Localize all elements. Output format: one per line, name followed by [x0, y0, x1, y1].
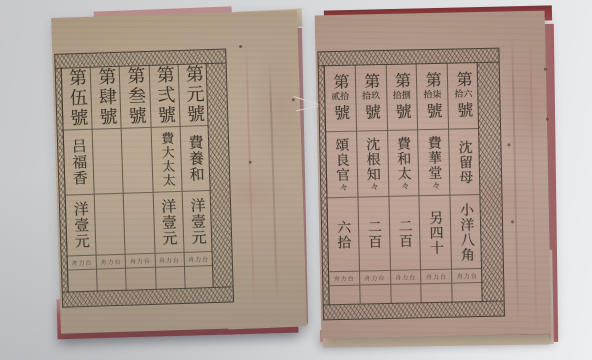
- paper-stain-dot: [511, 220, 514, 223]
- number-text: 第: [331, 73, 350, 91]
- photo-background: 第元號 費養和 洋壹元 舟力台 第弍號: [0, 0, 592, 360]
- amount-text: 小洋八角: [459, 202, 474, 262]
- number-text: 號: [184, 104, 206, 125]
- number-text: 號: [67, 108, 89, 129]
- empty-cell: [68, 270, 97, 293]
- right-document: 第拾六號 沈留母 小洋八角 舟力台 第拾柒號: [315, 11, 552, 339]
- empty-cell: [97, 269, 126, 292]
- subscriber-name-cell: [93, 129, 123, 195]
- subscriber-name: 沈根知: [364, 136, 381, 181]
- subscriber-name: 頌良官: [333, 137, 350, 182]
- subscriber-name-cell: 費華堂々: [418, 130, 449, 197]
- empty-cell: [452, 283, 482, 303]
- footer-text: 舟力台: [188, 254, 209, 264]
- number-text: 第: [423, 71, 442, 89]
- subscriber-name-cell: 頌良官々: [326, 132, 357, 199]
- subscriber-name: 費華堂: [425, 135, 442, 180]
- ledger-column-16: 第拾六號 沈留母 小洋八角 舟力台: [447, 62, 483, 303]
- number-text: 拾捌: [392, 92, 412, 101]
- left-page-printed-frame: 第元號 費養和 洋壹元 舟力台 第弍號: [54, 48, 234, 307]
- subscriber-name: 費養和: [187, 134, 204, 182]
- left-document: 第元號 費養和 洋壹元 舟力台 第弍號: [51, 10, 307, 334]
- footer-cell: 舟力台: [452, 269, 482, 284]
- subscriber-name-cell: 費大太太: [151, 127, 181, 193]
- empty-cell: [329, 286, 359, 306]
- column-number-cell: 第伍號: [62, 67, 92, 131]
- footer-text: 舟力台: [395, 272, 416, 281]
- ledger-column-19: 第拾玖號 沈根知々 二百 舟力台: [354, 64, 390, 305]
- number-text: 號: [362, 104, 381, 122]
- amount-text: 六拾: [336, 219, 351, 249]
- column-number-cell: 第贰拾號: [325, 65, 356, 133]
- subscriber-name: 沈留母: [457, 139, 472, 184]
- footer-text: 舟力台: [159, 255, 180, 265]
- number-text: 第: [362, 73, 381, 91]
- number-text: 第: [392, 72, 411, 90]
- column-number-cell: 第拾六號: [448, 62, 479, 130]
- amount-cell: 二百: [389, 196, 420, 271]
- empty-cell: [126, 268, 155, 291]
- footer-cell: 舟力台: [155, 253, 184, 268]
- number-text: 贰拾: [330, 93, 350, 102]
- footer-cell: 舟力台: [421, 270, 451, 285]
- number-text: 號: [393, 103, 412, 121]
- footer-cell: 舟力台: [184, 252, 213, 267]
- empty-cell: [360, 285, 390, 305]
- amount-text: 洋壹元: [160, 198, 177, 246]
- number-text: 拾六: [453, 91, 473, 100]
- number-text: 叁: [125, 86, 147, 107]
- footer-cell: 舟力台: [329, 272, 359, 287]
- amount-text: 二百: [367, 219, 382, 249]
- number-text: 號: [125, 106, 147, 127]
- subscriber-name: 費大太太: [159, 131, 174, 187]
- number-text: 第: [153, 65, 175, 86]
- amount-text: 二百: [397, 218, 412, 248]
- subscriber-name-cell: 費養和: [180, 126, 210, 192]
- footer-text: 舟力台: [426, 272, 447, 281]
- footer-cell: 舟力台: [68, 256, 97, 271]
- subscriber-name: 吕福香: [70, 138, 87, 186]
- paper-crease: [245, 42, 255, 312]
- number-text: 號: [331, 104, 350, 122]
- number-text: 號: [455, 102, 474, 120]
- number-text: 第: [183, 64, 205, 85]
- paper-stain-dot: [292, 98, 295, 101]
- paper-stain-dot: [239, 45, 242, 48]
- amount-cell: [124, 193, 154, 255]
- number-text: 元: [183, 84, 205, 105]
- amount-text: 洋壹元: [72, 201, 89, 249]
- number-text: 第: [454, 71, 473, 89]
- number-text: 拾玖: [361, 93, 381, 102]
- right-page-table: 第拾六號 沈留母 小洋八角 舟力台 第拾柒號: [324, 62, 483, 305]
- column-number-cell: 第叁號: [120, 65, 150, 129]
- subscriber-name-cell: 沈根知々: [357, 131, 388, 198]
- amount-cell: 洋壹元: [182, 191, 212, 253]
- footer-text: 舟力台: [457, 271, 478, 280]
- ledger-column-17: 第拾柒號 費華堂々 另四十 舟力台: [416, 63, 452, 304]
- paper-stain-dot: [507, 143, 510, 146]
- footer-text: 舟力台: [71, 258, 92, 268]
- paper-crease: [269, 61, 279, 301]
- footer-cell: 舟力台: [360, 271, 390, 286]
- subscriber-name-cell: 吕福香: [64, 130, 94, 196]
- footer-text: 舟力台: [100, 257, 121, 267]
- number-text: 第: [124, 66, 146, 87]
- amount-cell: 另四十: [420, 196, 451, 271]
- name-mark: 々: [399, 181, 409, 191]
- amount-text: 洋壹元: [189, 197, 206, 245]
- name-mark: 々: [337, 182, 347, 192]
- subscriber-name-cell: [122, 128, 152, 194]
- left-page-table: 第元號 費養和 洋壹元 舟力台 第弍號: [61, 63, 214, 292]
- column-number-cell: 第拾捌號: [386, 63, 417, 131]
- right-page-printed-frame: 第拾六號 沈留母 小洋八角 舟力台 第拾柒號: [317, 48, 505, 321]
- column-number-cell: 第拾柒號: [417, 63, 448, 131]
- number-text: 伍: [66, 88, 88, 109]
- column-number-cell: 第元號: [178, 63, 208, 127]
- empty-cell: [391, 284, 421, 304]
- number-text: 拾柒: [423, 91, 443, 100]
- empty-cell: [422, 284, 452, 304]
- paper-stain-dot: [249, 161, 252, 164]
- footer-text: 舟力台: [130, 256, 151, 266]
- subscriber-name: 費和太: [395, 135, 412, 180]
- number-text: 號: [155, 105, 177, 126]
- name-mark: 々: [429, 180, 439, 190]
- name-mark: 々: [368, 181, 378, 191]
- number-text: 肆: [96, 87, 118, 108]
- subscriber-name-cell: 沈留母: [449, 129, 480, 196]
- ledger-column-20: 第贰拾號 頌良官々 六拾 舟力台: [324, 65, 360, 306]
- footer-text: 舟力台: [333, 274, 354, 283]
- column-number-cell: 第拾玖號: [355, 64, 386, 132]
- column-number-cell: 第弍號: [149, 64, 179, 128]
- subscriber-name-cell: 費和太々: [388, 130, 419, 197]
- footer-cell: 舟力台: [391, 270, 421, 285]
- amount-text: 另四十: [428, 210, 443, 255]
- amount-cell: 小洋八角: [451, 195, 482, 270]
- amount-cell: [95, 194, 125, 256]
- amount-cell: 六拾: [327, 198, 358, 273]
- paper-stain-dot: [546, 118, 549, 121]
- amount-cell: 二百: [358, 197, 389, 272]
- empty-cell: [156, 267, 185, 290]
- number-text: 號: [96, 107, 118, 128]
- column-number-cell: 第肆號: [91, 66, 121, 130]
- amount-cell: 洋壹元: [66, 195, 96, 257]
- amount-cell: 洋壹元: [153, 192, 183, 254]
- number-text: 弍: [154, 85, 176, 106]
- paper-stain-dot: [544, 68, 547, 71]
- paper-crease: [511, 35, 519, 325]
- ledger-column-18: 第拾捌號 費和太々 二百 舟力台: [385, 63, 421, 304]
- footer-cell: 舟力台: [126, 254, 155, 269]
- empty-cell: [185, 266, 214, 289]
- number-text: 第: [95, 67, 117, 88]
- number-text: 號: [424, 102, 443, 120]
- number-text: 第: [66, 68, 88, 89]
- paper-crease: [529, 41, 537, 336]
- footer-cell: 舟力台: [97, 255, 126, 270]
- footer-text: 舟力台: [364, 273, 385, 282]
